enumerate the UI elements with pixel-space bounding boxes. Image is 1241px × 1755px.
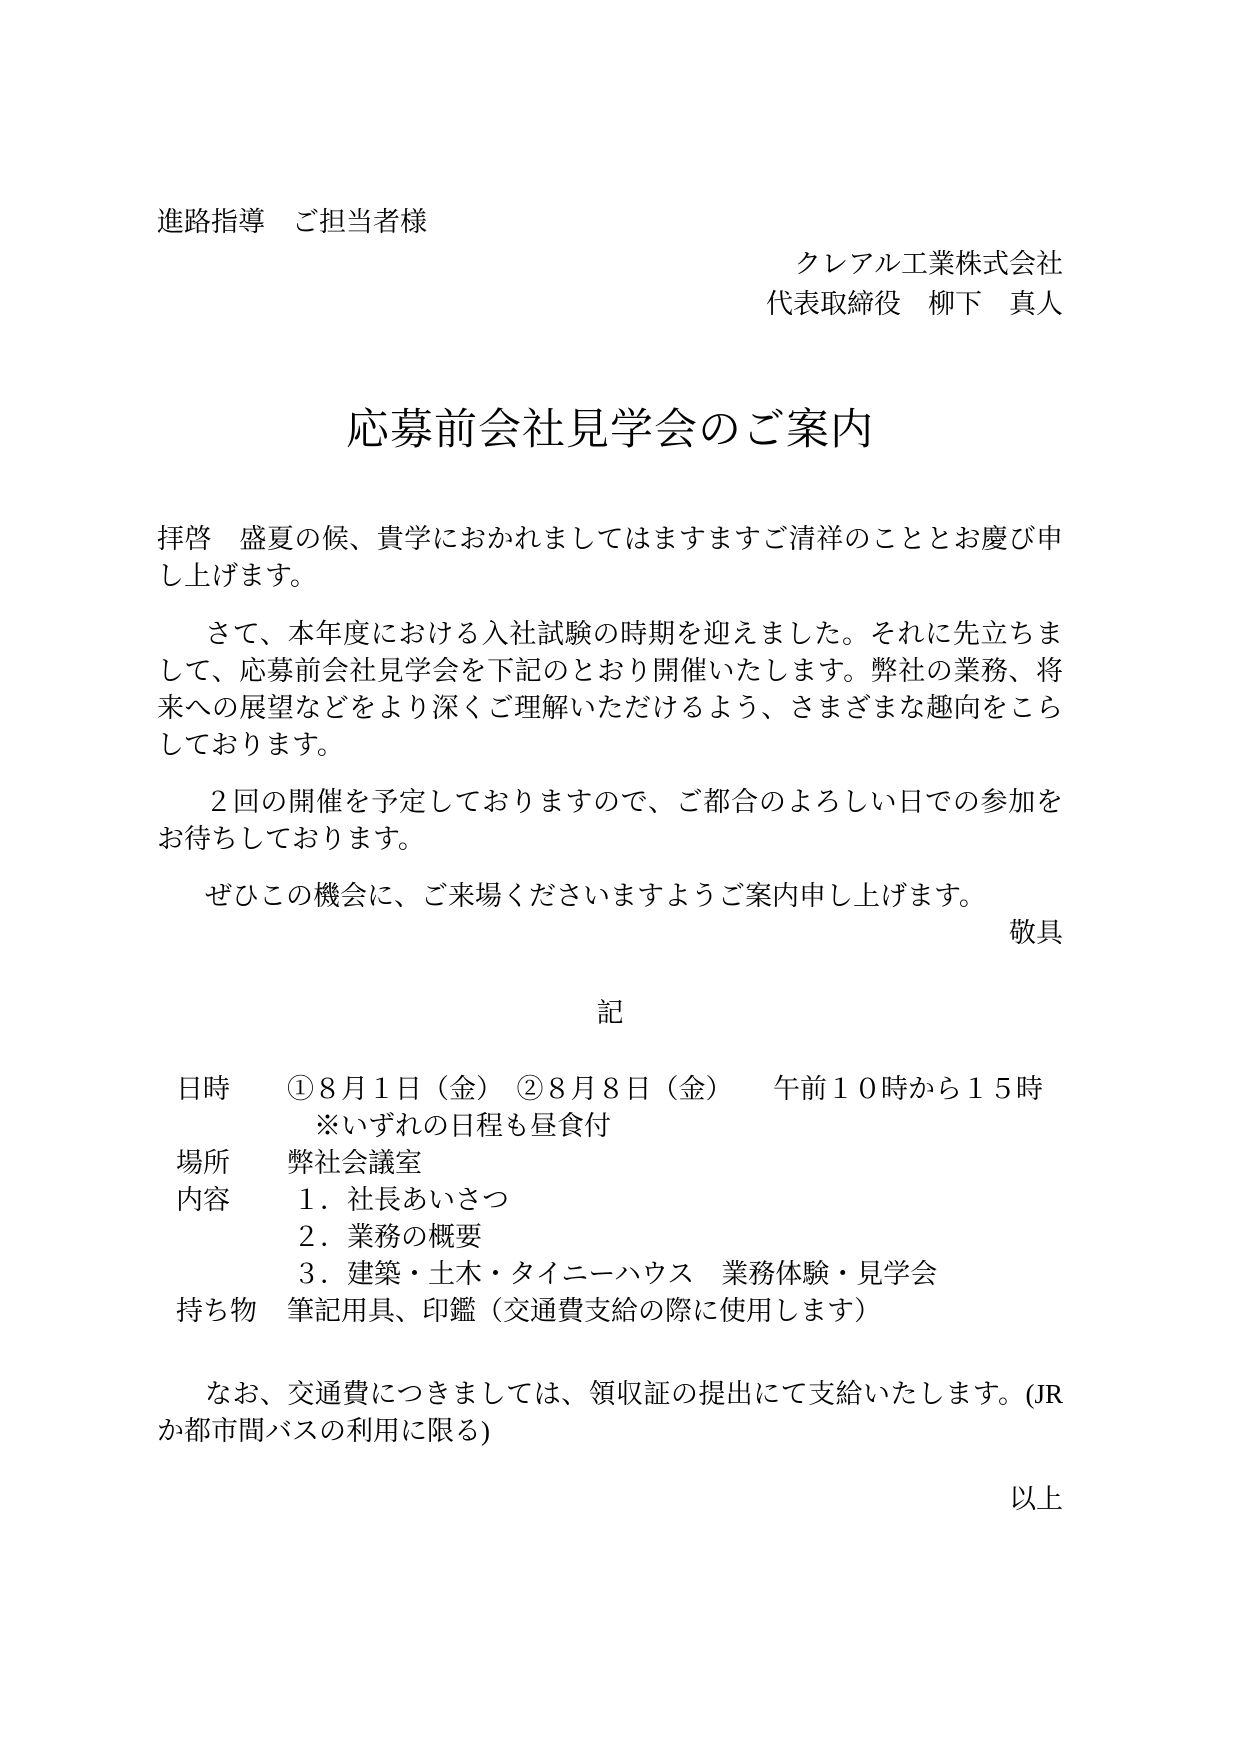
- detail-row-belongings: 持ち物 筆記用具、印鑑（交通費支給の際に使用します）: [157, 1293, 1063, 1330]
- detail-value-belongings: 筆記用具、印鑑（交通費支給の際に使用します）: [287, 1293, 1063, 1330]
- paragraph-note: なお、交通費につきましては、領収証の提出にて支給いたします。(JRか都市間バスの…: [157, 1376, 1063, 1450]
- detail-row-place: 場所 弊社会議室: [157, 1145, 1063, 1182]
- paragraph-body-3: ぜひこの機会に、ご来場くださいますようご案内申し上げます。: [157, 878, 1063, 915]
- detail-row-contents: 内容 １．社長あいさつ ２．業務の概要 ３．建築・土木・タイニーハウス 業務体験…: [157, 1182, 1063, 1293]
- closing-word: 敬具: [157, 915, 1063, 952]
- paragraph-body-1: さて、本年度における入社試験の時期を迎えました。それに先立ちまして、応募前会社見…: [157, 616, 1063, 764]
- recipient-line: 進路指導 ご担当者様: [157, 204, 1063, 241]
- paragraph-greeting: 拝啓 盛夏の候、貴学におかれましてはますますご清祥のこととお慶び申し上げます。: [157, 521, 1063, 595]
- sender-company: クレアル工業株式会社: [157, 244, 1063, 284]
- details-list: 日時 ①８月１日（金） ②８月８日（金） 午前１０時から１５時 ※いずれの日程も…: [157, 1071, 1063, 1330]
- detail-value-contents: １．社長あいさつ ２．業務の概要 ３．建築・土木・タイニーハウス 業務体験・見学…: [287, 1182, 1063, 1293]
- detail-row-datetime: 日時 ①８月１日（金） ②８月８日（金） 午前１０時から１５時 ※いずれの日程も…: [157, 1071, 1063, 1145]
- sender-representative: 代表取締役 柳下 真人: [157, 284, 1063, 324]
- detail-value-datetime: ①８月１日（金） ②８月８日（金） 午前１０時から１５時 ※いずれの日程も昼食付: [287, 1071, 1063, 1145]
- detail-label-place: 場所: [157, 1145, 287, 1182]
- record-marker: 記: [157, 995, 1063, 1032]
- document-page: 進路指導 ご担当者様 クレアル工業株式会社 代表取締役 柳下 真人 応募前会社見…: [0, 0, 1241, 1755]
- detail-label-contents: 内容: [157, 1182, 287, 1293]
- detail-value-place: 弊社会議室: [287, 1145, 1063, 1182]
- paragraph-body-2: ２回の開催を予定しておりますので、ご都合のよろしい日での参加をお待ちしております…: [157, 784, 1063, 858]
- detail-label-datetime: 日時: [157, 1071, 287, 1145]
- end-marker: 以上: [157, 1481, 1063, 1518]
- detail-label-belongings: 持ち物: [157, 1293, 287, 1330]
- document-title: 応募前会社見学会のご案内: [157, 403, 1063, 459]
- sender-block: クレアル工業株式会社 代表取締役 柳下 真人: [157, 244, 1063, 324]
